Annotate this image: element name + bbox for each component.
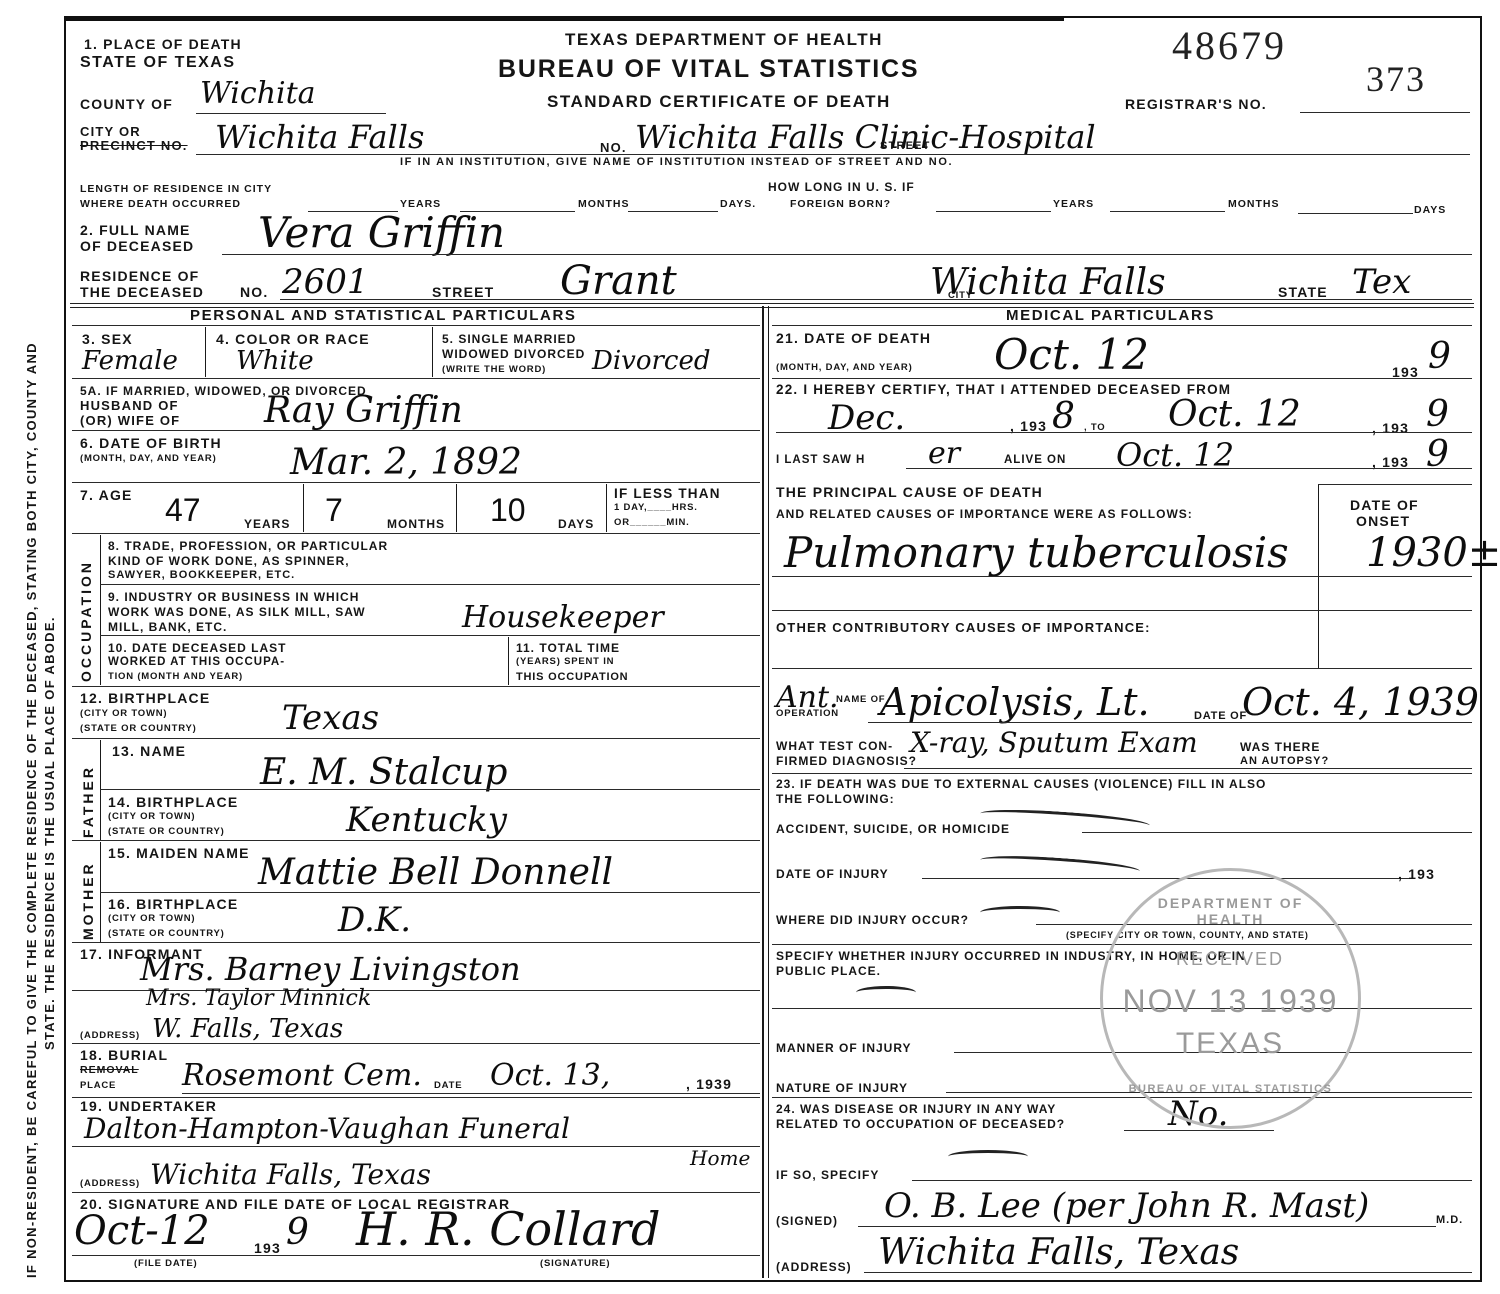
trade-label-2: KIND OF WORK DONE, AS SPINNER, <box>108 554 350 568</box>
birthplace-label-2: (CITY OR TOWN) <box>80 708 167 719</box>
autopsy-label-2: AN AUTOPSY? <box>1240 755 1329 767</box>
trade-label-1: 8. TRADE, PROFESSION, OR PARTICULAR <box>108 539 388 553</box>
signed-label: (SIGNED) <box>776 1214 838 1228</box>
stamp-top-arc: DEPARTMENT OF HEALTH <box>1143 895 1318 927</box>
operation-date-label: DATE OF <box>1194 710 1247 722</box>
informant-name-value-2: Mrs. Taylor Minnick <box>146 986 371 1011</box>
onset-label-1: DATE OF <box>1350 497 1419 513</box>
burial-year-value: , 1939 <box>686 1076 732 1092</box>
us-months-label: MONTHS <box>1228 198 1280 210</box>
full-name-label-1: 2. FULL NAME <box>80 222 191 238</box>
external-causes-label-2: THE FOLLOWING: <box>776 792 895 806</box>
death-date-value: Oct. 12 <box>994 330 1149 379</box>
marital-label-3: (WRITE THE WORD) <box>442 364 546 375</box>
residence-length-label-2: WHERE DEATH OCCURRED <box>80 198 241 210</box>
residence-street-value: Grant <box>560 258 677 304</box>
father-name-label: 13. NAME <box>112 743 186 759</box>
undertaker-name-value: Dalton-Hampton-Vaughan Funeral <box>84 1112 570 1145</box>
place-of-death-heading: 1. PLACE OF DEATH <box>84 36 242 52</box>
residence-label-1: RESIDENCE OF <box>80 268 199 284</box>
md-suffix: M.D. <box>1436 1214 1463 1226</box>
informant-address-label: (ADDRESS) <box>80 1030 140 1041</box>
physician-address-label: (ADDRESS) <box>776 1260 852 1274</box>
last-worked-label-3: TION (MONTH AND YEAR) <box>108 671 243 682</box>
marital-label-1: 5. SINGLE MARRIED <box>442 332 576 346</box>
stamp-status: RECEIVED <box>1155 949 1305 970</box>
residence-label-2: THE DECEASED <box>80 284 204 300</box>
registrar-signature-value: H. R. Collard <box>356 1202 660 1256</box>
spouse-label-2: HUSBAND OF <box>80 398 179 413</box>
industry-label-2: WORK WAS DONE, AS SILK MILL, SAW <box>108 605 366 619</box>
age-years-label: YEARS <box>244 517 290 531</box>
informant-name-value: Mrs. Barney Livingston <box>140 950 521 988</box>
dash-mark <box>980 906 1060 919</box>
residence-city-value: Wichita Falls <box>930 262 1166 303</box>
accident-label: ACCIDENT, SUICIDE, OR HOMICIDE <box>776 822 1010 836</box>
dob-label-1: 6. DATE OF BIRTH <box>80 435 222 451</box>
attended-to-value: Oct. 12 <box>1168 394 1301 435</box>
received-stamp: DEPARTMENT OF HEALTH RECEIVED NOV 13 193… <box>1100 868 1361 1129</box>
undertaker-address-label: (ADDRESS) <box>80 1178 140 1189</box>
age-days-value: 10 <box>490 492 526 529</box>
file-year-suffix: 9 <box>286 1212 309 1253</box>
physician-signature-value: O. B. Lee (per John R. Mast) <box>884 1186 1369 1226</box>
residence-street-label: STREET <box>432 284 494 300</box>
operation-value: Apicolysis, Lt. <box>880 680 1150 724</box>
side-instruction-line1: IF NON-RESIDENT, BE CAREFUL TO GIVE THE … <box>24 342 39 1278</box>
mother-side-label: MOTHER <box>80 861 96 940</box>
death-year-suffix: 9 <box>1428 336 1451 377</box>
injury-where-label: WHERE DID INJURY OCCUR? <box>776 913 969 927</box>
house-number-value: 2601 <box>282 262 369 302</box>
father-birthplace-label-3: (STATE OR COUNTRY) <box>108 826 225 837</box>
certify-label: 22. I HEREBY CERTIFY, THAT I ATTENDED DE… <box>776 382 1231 397</box>
us-residence-label-1: HOW LONG IN U. S. IF <box>768 180 915 194</box>
operation-label-1: NAME OF <box>836 694 885 705</box>
last-worked-label-1: 10. DATE DECEASED LAST <box>108 641 286 655</box>
residence-days-label: DAYS. <box>720 198 756 210</box>
injury-place-label-2: PUBLIC PLACE. <box>776 964 881 978</box>
burial-date-label: DATE <box>434 1080 462 1091</box>
last-worked-label-2: WORKED AT THIS OCCUPA- <box>108 656 285 668</box>
race-label: 4. COLOR OR RACE <box>216 331 370 347</box>
diagnosis-test-value: X-ray, Sputum Exam <box>910 726 1198 759</box>
residence-length-label-1: LENGTH OF RESIDENCE IN CITY <box>80 183 272 195</box>
race-value: White <box>236 346 314 376</box>
operation-date-value: Oct. 4, 1939 <box>1242 680 1479 724</box>
cause-label-2: AND RELATED CAUSES OF IMPORTANCE WERE AS… <box>776 507 1193 521</box>
occupation-related-label-2: RELATED TO OCCUPATION OF DECEASED? <box>776 1117 1065 1131</box>
street-no-label: NO. <box>600 140 627 155</box>
city-label: CITY OR <box>80 124 141 139</box>
city-value: Wichita Falls <box>215 118 424 156</box>
institution-note: IF IN AN INSTITUTION, GIVE NAME OF INSTI… <box>400 156 953 168</box>
medical-section-title: MEDICAL PARTICULARS <box>1006 307 1215 324</box>
alive-on-label: ALIVE ON <box>1004 454 1066 466</box>
registrar-number-stamp: 373 <box>1366 58 1426 100</box>
mother-birthplace-label-3: (STATE OR COUNTRY) <box>108 928 225 939</box>
last-saw-label: I LAST SAW H <box>776 454 865 466</box>
birthplace-value: Texas <box>282 698 379 738</box>
file-number: 48679 <box>1172 22 1287 69</box>
sex-value: Female <box>82 346 178 376</box>
age-label: 7. AGE <box>80 487 133 503</box>
age-months-value: 7 <box>325 492 343 529</box>
us-years-label: YEARS <box>1053 198 1094 210</box>
total-time-label-3: THIS OCCUPATION <box>516 671 628 683</box>
signature-caption: (SIGNATURE) <box>540 1258 610 1269</box>
principal-cause-value: Pulmonary tuberculosis <box>784 528 1289 577</box>
house-no-label: NO. <box>240 284 269 300</box>
operation-label-2: OPERATION <box>776 708 839 719</box>
dob-value: Mar. 2, 1892 <box>290 442 522 483</box>
us-residence-label-2: FOREIGN BORN? <box>790 198 891 210</box>
age-months-label: MONTHS <box>387 517 445 531</box>
age-years-value: 47 <box>165 492 201 529</box>
birthplace-label-1: 12. BIRTHPLACE <box>80 690 210 706</box>
us-days-label: DAYS <box>1414 204 1446 216</box>
undertaker-address-value: Wichita Falls, Texas <box>150 1158 431 1191</box>
industry-value: Housekeeper <box>462 600 664 635</box>
death-date-sublabel: (MONTH, DAY, AND YEAR) <box>776 362 913 373</box>
department-title: TEXAS DEPARTMENT OF HEALTH <box>565 30 883 50</box>
undertaker-name-value-2: Home <box>690 1146 750 1170</box>
marital-status-value: Divorced <box>592 346 711 376</box>
injury-date-label: DATE OF INJURY <box>776 867 889 881</box>
county-value: Wichita <box>200 76 316 111</box>
father-birthplace-label-2: (CITY OR TOWN) <box>108 811 195 822</box>
autopsy-label-1: WAS THERE <box>1240 740 1320 754</box>
full-name-value: Vera Griffin <box>258 208 505 257</box>
father-birthplace-label-1: 14. BIRTHPLACE <box>108 794 238 810</box>
mother-birthplace-label-2: (CITY OR TOWN) <box>108 913 195 924</box>
county-label: COUNTY OF <box>80 96 173 112</box>
personal-section-title: PERSONAL AND STATISTICAL PARTICULARS <box>190 307 577 324</box>
dash-mark <box>856 986 916 999</box>
onset-value: 1930± <box>1366 530 1500 576</box>
file-year-prefix: 193 <box>254 1240 281 1256</box>
external-causes-label-1: 23. IF DEATH WAS DUE TO EXTERNAL CAUSES … <box>776 777 1266 791</box>
precinct-label: PRECINCT NO. <box>80 138 188 153</box>
spouse-value: Ray Griffin <box>264 390 463 431</box>
test-label-2: FIRMED DIAGNOSIS? <box>776 754 917 768</box>
death-date-label: 21. DATE OF DEATH <box>776 330 931 346</box>
attended-from-year-suffix: 8 <box>1052 396 1075 437</box>
form-title: STANDARD CERTIFICATE OF DEATH <box>547 92 891 112</box>
industry-label-3: MILL, BANK, ETC. <box>108 620 227 634</box>
dash-mark <box>948 1150 1028 1163</box>
file-date-caption: (FILE DATE) <box>134 1258 198 1269</box>
side-instruction-line2: STATE. THE RESIDENCE IS THE USUAL PLACE … <box>42 616 57 1050</box>
stamp-state: TEXAS <box>1155 1027 1305 1061</box>
dob-label-2: (MONTH, DAY, AND YEAR) <box>80 453 217 464</box>
burial-place-label: PLACE <box>80 1080 116 1091</box>
physician-address-value: Wichita Falls, Texas <box>878 1232 1239 1273</box>
industry-label-1: 9. INDUSTRY OR BUSINESS IN WHICH <box>108 590 359 604</box>
less-than-label-2: 1 DAY,____HRS. <box>614 502 698 513</box>
less-than-label-3: OR______MIN. <box>614 517 690 528</box>
injury-year-label: , 193 <box>1398 866 1435 882</box>
age-days-label: DAYS <box>558 517 594 531</box>
mother-birthplace-label-1: 16. BIRTHPLACE <box>108 896 238 912</box>
contributory-label: OTHER CONTRIBUTORY CAUSES OF IMPORTANCE: <box>776 620 1151 635</box>
test-label-1: WHAT TEST CON- <box>776 739 893 753</box>
burial-date-value: Oct. 13, <box>490 1058 610 1093</box>
mother-name-label: 15. MAIDEN NAME <box>108 845 250 861</box>
total-time-label-2: (YEARS) SPENT IN <box>516 656 614 667</box>
marital-label-2: WIDOWED DIVORCED <box>442 347 585 361</box>
street-label: STREET <box>880 140 931 152</box>
mother-birthplace-value: D.K. <box>338 900 411 940</box>
sex-label: 3. SEX <box>82 331 133 347</box>
occupation-side-label: OCCUPATION <box>78 560 94 682</box>
occupation-related-label-1: 24. WAS DISEASE OR INJURY IN ANY WAY <box>776 1102 1056 1116</box>
spouse-label-3: (OR) WIFE OF <box>80 413 180 428</box>
attended-to-year-prefix: , 193 <box>1372 420 1409 436</box>
residence-state-label: STATE <box>1278 284 1328 300</box>
trade-label-3: SAWYER, BOOKKEEPER, ETC. <box>108 569 295 581</box>
onset-label-2: ONSET <box>1356 513 1410 529</box>
last-saw-value: er <box>928 436 960 471</box>
total-time-label-1: 11. TOTAL TIME <box>516 641 620 655</box>
birthplace-label-3: (STATE OR COUNTRY) <box>80 723 197 734</box>
stamp-date: NOV 13 1939 <box>1117 983 1344 1020</box>
attended-to-year-suffix: 9 <box>1426 394 1449 435</box>
removal-label: REMOVAL <box>80 1064 139 1076</box>
residence-state-value: Tex <box>1352 262 1411 302</box>
state-of-texas-label: STATE OF TEXAS <box>80 54 236 72</box>
registrar-no-label: REGISTRAR'S NO. <box>1125 96 1267 112</box>
informant-address-value: W. Falls, Texas <box>152 1014 343 1044</box>
burial-label: 18. BURIAL <box>80 1047 168 1063</box>
residence-months-label: MONTHS <box>578 198 630 210</box>
burial-place-value: Rosemont Cem. <box>182 1058 422 1093</box>
father-birthplace-value: Kentucky <box>346 800 507 840</box>
stamp-bottom-arc: BUREAU OF VITAL STATISTICS <box>1123 1083 1338 1095</box>
less-than-label-1: IF LESS THAN <box>614 486 721 501</box>
cause-label-1: THE PRINCIPAL CAUSE OF DEATH <box>776 484 1043 500</box>
institution-value: Wichita Falls Clinic-Hospital <box>635 118 1096 156</box>
file-date-value: Oct-12 <box>74 1208 210 1254</box>
full-name-label-2: OF DECEASED <box>80 238 194 254</box>
bureau-title: BUREAU OF VITAL STATISTICS <box>498 55 919 84</box>
father-side-label: FATHER <box>80 765 96 838</box>
mother-name-value: Mattie Bell Donnell <box>258 852 613 893</box>
nature-label: NATURE OF INJURY <box>776 1081 908 1095</box>
manner-label: MANNER OF INJURY <box>776 1041 912 1055</box>
if-so-label: IF SO, SPECIFY <box>776 1168 879 1182</box>
father-name-value: E. M. Stalcup <box>260 752 507 793</box>
